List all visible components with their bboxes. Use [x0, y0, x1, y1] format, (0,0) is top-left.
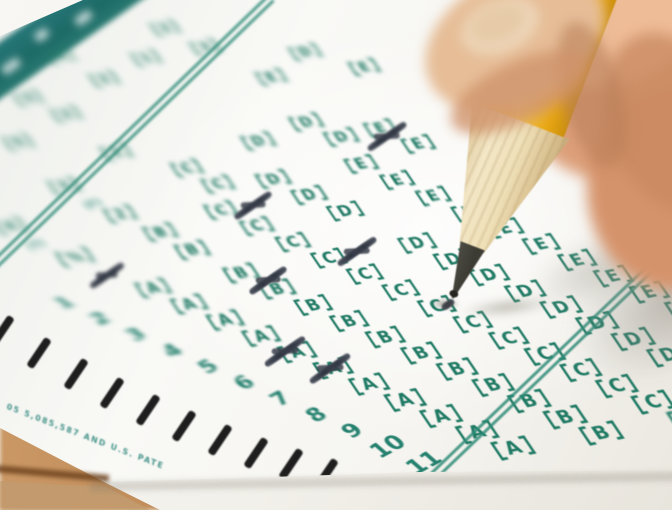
photo-scantron-scene: 1ABCDE2ABCDE3ABCDE4ABCDE5ABCDE6ABCDE7ABC…: [0, 0, 672, 510]
thumb-front: [0, 0, 672, 510]
